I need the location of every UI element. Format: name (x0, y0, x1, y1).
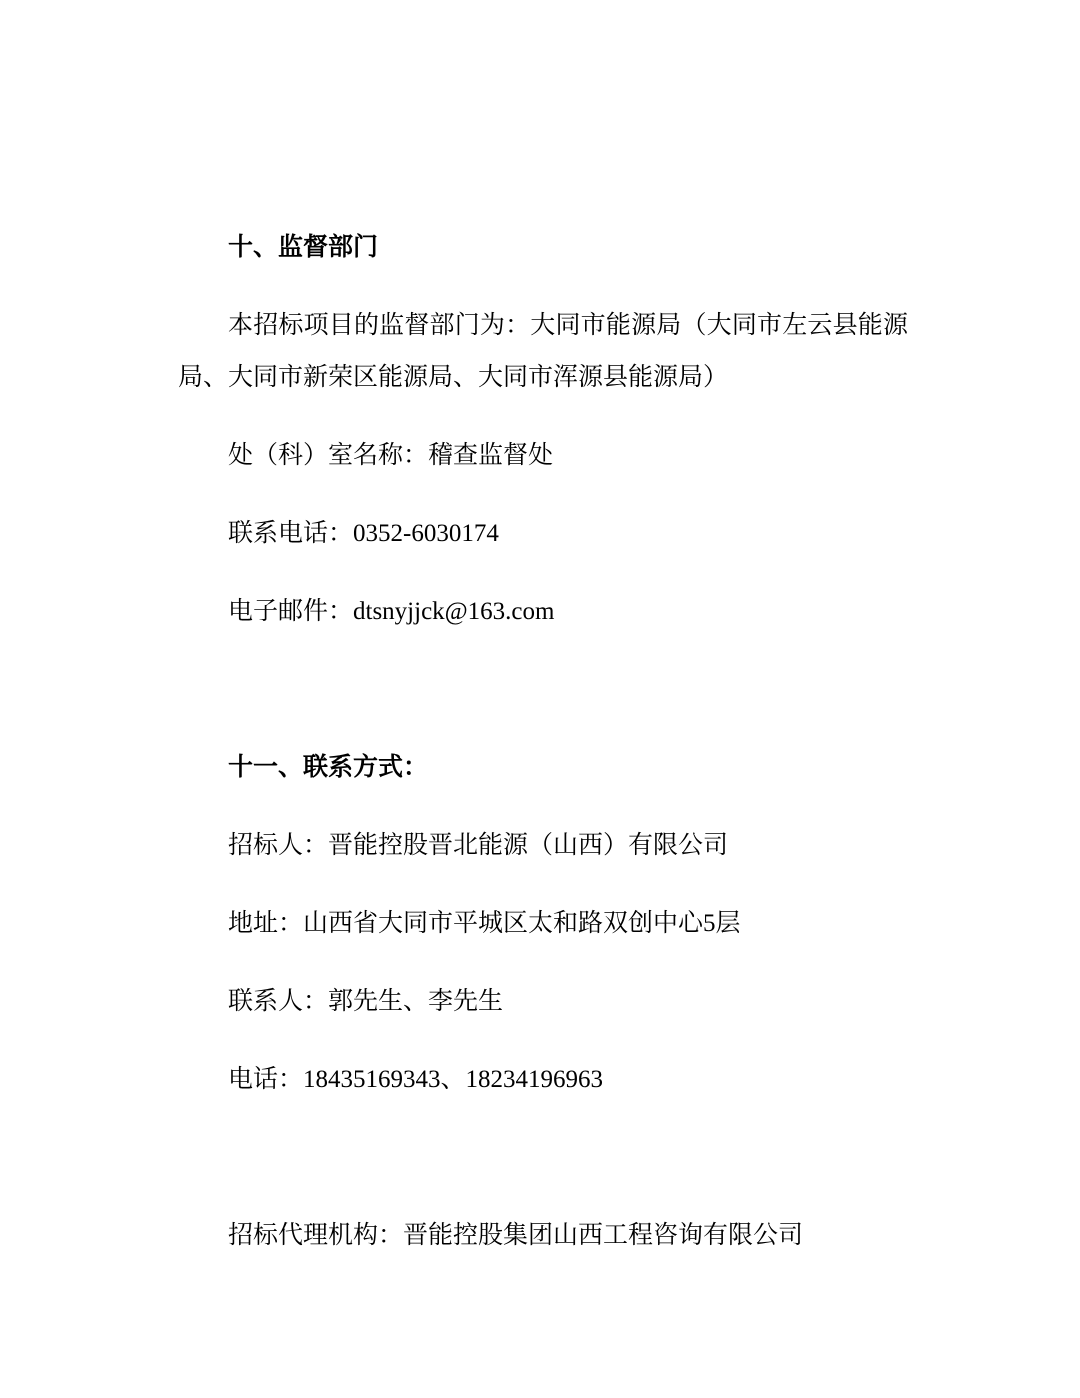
paragraph: 招标代理机构：晋能控股集团山西工程咨询有限公司 (178, 1210, 908, 1262)
paragraph: 处（科）室名称：稽查监督处 (178, 430, 908, 482)
paragraph: 联系人：郭先生、李先生 (178, 976, 908, 1028)
paragraph: 电子邮件：dtsnyjjck@163.com (178, 586, 908, 638)
paragraph: 电话：18435169343、18234196963 (178, 1054, 908, 1106)
paragraph: 地址：山西省大同市平城区太和路双创中心5层 (178, 898, 908, 950)
section-heading: 十、监督部门 (178, 222, 908, 274)
document-content: 十、监督部门本招标项目的监督部门为：大同市能源局（大同市左云县能源局、大同市新荣… (0, 0, 1080, 1262)
paragraph: 本招标项目的监督部门为：大同市能源局（大同市左云县能源局、大同市新荣区能源局、大… (178, 300, 908, 404)
paragraph: 招标人：晋能控股晋北能源（山西）有限公司 (178, 820, 908, 872)
section-heading: 十一、联系方式： (178, 742, 908, 794)
blank-line (178, 664, 908, 716)
blank-line (178, 1132, 908, 1184)
document-page: 十、监督部门本招标项目的监督部门为：大同市能源局（大同市左云县能源局、大同市新荣… (0, 0, 1080, 1398)
paragraph: 联系电话：0352-6030174 (178, 508, 908, 560)
